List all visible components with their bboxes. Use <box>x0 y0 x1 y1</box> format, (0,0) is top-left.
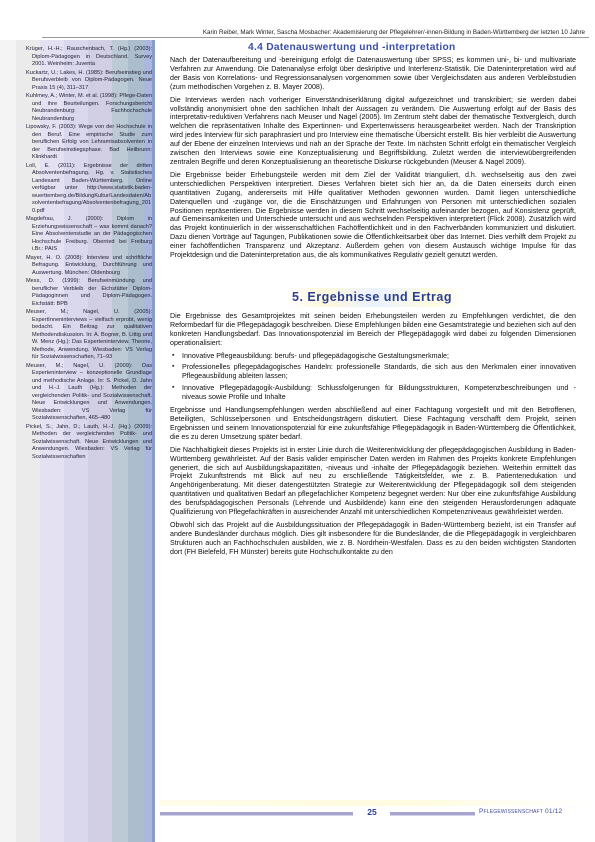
reference-item: Kuckartz, U.; Lakes, H. (1985): Berufsei… <box>26 70 152 93</box>
page-number: 25 <box>357 806 387 818</box>
reference-list: Krüger, H.-H.; Rauschenbach, T. (Hg.) (2… <box>26 46 152 462</box>
section-5: 5. Ergebnisse und Ertrag Die Ergebnisse … <box>170 288 576 557</box>
list-item: Innovative Pflegepädagogik-Ausbildung: S… <box>182 384 576 402</box>
paragraph: Obwohl sich das Projekt auf die Ausbildu… <box>170 521 576 557</box>
paragraph: Die Interviews werden nach vorheriger Ei… <box>170 96 576 167</box>
paragraph: Nach der Datenaufbereitung und -bereinig… <box>170 56 576 92</box>
reference-item: Pickel, S.; Jahn, D.; Lauth, H.-J. (Hg.)… <box>26 424 152 462</box>
paragraph: Die Nachhaltigkeit dieses Projekts ist i… <box>170 446 576 517</box>
reference-item: Mayer, H. O. (2008): Interview und schri… <box>26 255 152 278</box>
paragraph: Die Ergebnisse des Gesamtprojektes mit s… <box>170 312 576 348</box>
footer-rule-left <box>160 812 353 816</box>
section-heading: 4.4 Datenauswertung und -interpretation <box>248 42 576 54</box>
references-sidebar: Krüger, H.-H.; Rauschenbach, T. (Hg.) (2… <box>0 40 158 842</box>
reference-item: Loll, E. (2011): Ergebnisse der dritten … <box>26 163 152 216</box>
reference-item: Kuhlmey, A.; Winter, M. et al. (1998): P… <box>26 93 152 123</box>
dimension-list: Innovative Pflegeausbildung: berufs- und… <box>170 352 576 403</box>
reference-item: Meuser, M.; Nagel, U. (2005): ExpertInne… <box>26 309 152 362</box>
list-item: Professionelles pflegepädagogisches Hand… <box>182 363 576 381</box>
main-column: 4.4 Datenauswertung und -interpretation … <box>170 42 576 561</box>
section-4-4: 4.4 Datenauswertung und -interpretation … <box>170 42 576 260</box>
chapter-heading: 5. Ergebnisse und Ertrag <box>288 288 466 307</box>
reference-item: Lipowsky, F. (2003): Wege von der Hochsc… <box>26 124 152 162</box>
reference-item: Magdefrau, J. (2000): Diplom in Erziehun… <box>26 216 152 254</box>
list-item: Innovative Pflegeausbildung: berufs- und… <box>182 352 576 361</box>
reference-item: Meuser, M.; Nagel, U. (2009): Das Expert… <box>26 363 152 423</box>
footer-rule-right <box>390 812 475 816</box>
journal-issue: Pflegewissenschaft 01/12 <box>479 807 562 817</box>
running-head-divider <box>42 37 589 38</box>
paragraph: Ergebnisse und Handlungsempfehlungen wer… <box>170 406 576 442</box>
paragraph: Die Ergebnisse beider Erhebungsteile wer… <box>170 171 576 260</box>
reference-item: Krüger, H.-H.; Rauschenbach, T. (Hg.) (2… <box>26 46 152 69</box>
reference-item: Mess, D. (1999): Berufseinmündung und be… <box>26 278 152 308</box>
